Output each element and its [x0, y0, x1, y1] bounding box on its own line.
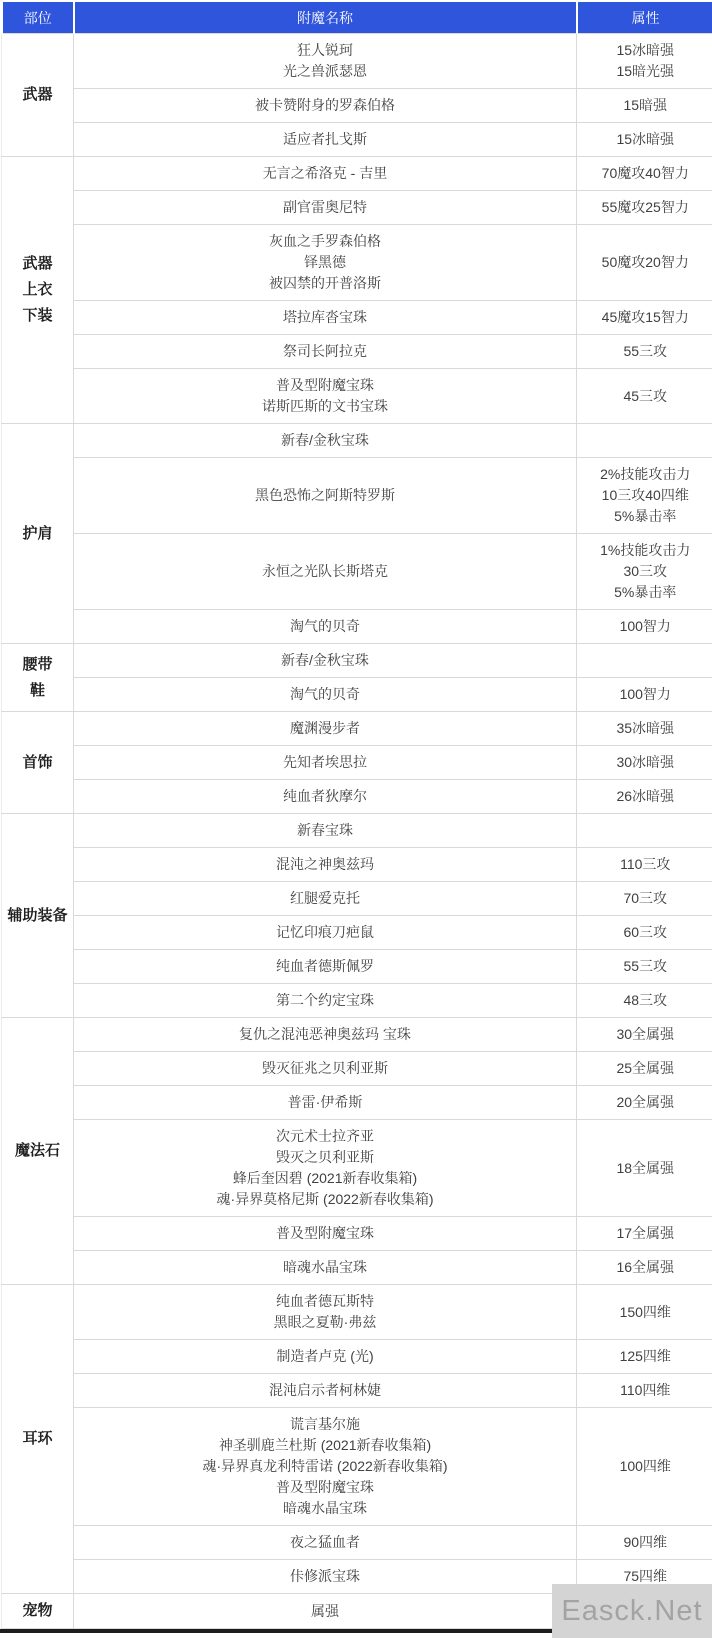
column-header-enchant-name: 附魔名称 — [74, 2, 577, 34]
part-cell: 魔法石 — [2, 1018, 74, 1285]
enchant-name-cell: 狂人锐珂 光之兽派瑟恩 — [74, 34, 577, 89]
table-row: 魔法石复仇之混沌恶神奥兹玛 宝珠30全属强 — [2, 1018, 712, 1052]
enchant-name-cell: 先知者埃思拉 — [74, 746, 577, 780]
table-row: 普雷·伊希斯20全属强 — [2, 1086, 712, 1120]
attribute-cell — [577, 424, 712, 458]
attribute-cell: 100智力 — [577, 678, 712, 712]
part-cell: 腰带 鞋 — [2, 644, 74, 712]
enchant-name-cell: 永恒之光队长斯塔克 — [74, 534, 577, 610]
table-row: 淘气的贝奇100智力 — [2, 610, 712, 644]
attribute-cell: 20全属强 — [577, 1086, 712, 1120]
table-row: 永恒之光队长斯塔克1%技能攻击力 30三攻 5%暴击率 — [2, 534, 712, 610]
watermark-badge: Easck.Net — [552, 1584, 712, 1638]
enchant-name-cell: 混沌之神奥兹玛 — [74, 848, 577, 882]
enchant-name-cell: 普雷·伊希斯 — [74, 1086, 577, 1120]
table-row: 纯血者狄摩尔26冰暗强 — [2, 780, 712, 814]
enchant-name-cell: 新春/金秋宝珠 — [74, 424, 577, 458]
attribute-cell: 55三攻 — [577, 950, 712, 984]
enchant-name-cell: 纯血者德瓦斯特 黑眼之夏勒·弗兹 — [74, 1285, 577, 1340]
attribute-cell: 90四维 — [577, 1526, 712, 1560]
enchant-name-cell: 第二个约定宝珠 — [74, 984, 577, 1018]
table-row: 适应者扎戈斯15冰暗强 — [2, 123, 712, 157]
attribute-cell: 45魔攻15智力 — [577, 301, 712, 335]
table-row: 祭司长阿拉克55三攻 — [2, 335, 712, 369]
table-row: 红腿爱克托70三攻 — [2, 882, 712, 916]
attribute-cell: 26冰暗强 — [577, 780, 712, 814]
attribute-cell: 100智力 — [577, 610, 712, 644]
enchant-name-cell: 次元术士拉齐亚 毁灭之贝利亚斯 蜂后奎因碧 (2021新春收集箱) 魂·异界莫格… — [74, 1120, 577, 1217]
part-cell: 耳环 — [2, 1285, 74, 1594]
table-row: 辅助装备新春宝珠 — [2, 814, 712, 848]
attribute-cell: 15冰暗强 — [577, 123, 712, 157]
column-header-part: 部位 — [2, 2, 74, 34]
part-cell: 武器 上衣 下装 — [2, 157, 74, 424]
table-row: 耳环纯血者德瓦斯特 黑眼之夏勒·弗兹150四维 — [2, 1285, 712, 1340]
table-body: 武器狂人锐珂 光之兽派瑟恩15冰暗强 15暗光强被卡赞附身的罗森伯格15暗强适应… — [2, 34, 712, 1629]
enchant-name-cell: 新春/金秋宝珠 — [74, 644, 577, 678]
table-row: 夜之猛血者90四维 — [2, 1526, 712, 1560]
table-row: 黑色恐怖之阿斯特罗斯2%技能攻击力 10三攻40四维 5%暴击率 — [2, 458, 712, 534]
enchant-name-cell: 普及型附魔宝珠 — [74, 1217, 577, 1251]
table-row: 谎言基尔施 神圣驯鹿兰杜斯 (2021新春收集箱) 魂·异界真龙利特雷诺 (20… — [2, 1408, 712, 1526]
enchant-table: 部位 附魔名称 属性 武器狂人锐珂 光之兽派瑟恩15冰暗强 15暗光强被卡赞附身… — [0, 2, 712, 1629]
header-row: 部位 附魔名称 属性 — [2, 2, 712, 34]
enchant-name-cell: 塔拉库沓宝珠 — [74, 301, 577, 335]
table-row: 淘气的贝奇100智力 — [2, 678, 712, 712]
enchant-guide-page: 部位 附魔名称 属性 武器狂人锐珂 光之兽派瑟恩15冰暗强 15暗光强被卡赞附身… — [0, 0, 712, 1638]
attribute-cell: 125四维 — [577, 1340, 712, 1374]
attribute-cell: 17全属强 — [577, 1217, 712, 1251]
enchant-name-cell: 属强 — [74, 1594, 577, 1629]
enchant-name-cell: 复仇之混沌恶神奥兹玛 宝珠 — [74, 1018, 577, 1052]
attribute-cell — [577, 644, 712, 678]
enchant-name-cell: 淘气的贝奇 — [74, 678, 577, 712]
table-row: 护肩新春/金秋宝珠 — [2, 424, 712, 458]
table-row: 被卡赞附身的罗森伯格15暗强 — [2, 89, 712, 123]
attribute-cell: 25全属强 — [577, 1052, 712, 1086]
table-row: 腰带 鞋新春/金秋宝珠 — [2, 644, 712, 678]
enchant-name-cell: 黑色恐怖之阿斯特罗斯 — [74, 458, 577, 534]
enchant-name-cell: 祭司长阿拉克 — [74, 335, 577, 369]
part-cell: 护肩 — [2, 424, 74, 644]
enchant-name-cell: 混沌启示者柯林婕 — [74, 1374, 577, 1408]
table-row: 首饰魔渊漫步者35冰暗强 — [2, 712, 712, 746]
table-row: 普及型附魔宝珠 诺斯匹斯的文书宝珠45三攻 — [2, 369, 712, 424]
attribute-cell: 55魔攻25智力 — [577, 191, 712, 225]
table-row: 先知者埃思拉30冰暗强 — [2, 746, 712, 780]
table-row: 毁灭征兆之贝利亚斯25全属强 — [2, 1052, 712, 1086]
attribute-cell: 70魔攻40智力 — [577, 157, 712, 191]
table-row: 武器 上衣 下装无言之希洛克 - 吉里70魔攻40智力 — [2, 157, 712, 191]
table-row: 制造者卢克 (光)125四维 — [2, 1340, 712, 1374]
attribute-cell: 16全属强 — [577, 1251, 712, 1285]
attribute-cell: 30全属强 — [577, 1018, 712, 1052]
table-row: 塔拉库沓宝珠45魔攻15智力 — [2, 301, 712, 335]
attribute-cell: 15冰暗强 15暗光强 — [577, 34, 712, 89]
enchant-name-cell: 副官雷奥尼特 — [74, 191, 577, 225]
enchant-name-cell: 魔渊漫步者 — [74, 712, 577, 746]
attribute-cell — [577, 814, 712, 848]
enchant-name-cell: 被卡赞附身的罗森伯格 — [74, 89, 577, 123]
attribute-cell: 2%技能攻击力 10三攻40四维 5%暴击率 — [577, 458, 712, 534]
enchant-name-cell: 毁灭征兆之贝利亚斯 — [74, 1052, 577, 1086]
watermark-text: Easck.Net — [561, 1595, 702, 1628]
part-cell: 武器 — [2, 34, 74, 157]
attribute-cell: 60三攻 — [577, 916, 712, 950]
enchant-name-cell: 新春宝珠 — [74, 814, 577, 848]
enchant-name-cell: 谎言基尔施 神圣驯鹿兰杜斯 (2021新春收集箱) 魂·异界真龙利特雷诺 (20… — [74, 1408, 577, 1526]
attribute-cell: 110四维 — [577, 1374, 712, 1408]
table-row: 纯血者德斯佩罗55三攻 — [2, 950, 712, 984]
attribute-cell: 45三攻 — [577, 369, 712, 424]
enchant-name-cell: 夜之猛血者 — [74, 1526, 577, 1560]
enchant-name-cell: 红腿爱克托 — [74, 882, 577, 916]
table-row: 混沌之神奥兹玛110三攻 — [2, 848, 712, 882]
attribute-cell: 35冰暗强 — [577, 712, 712, 746]
part-cell: 辅助装备 — [2, 814, 74, 1018]
attribute-cell: 15暗强 — [577, 89, 712, 123]
enchant-name-cell: 无言之希洛克 - 吉里 — [74, 157, 577, 191]
attribute-cell: 55三攻 — [577, 335, 712, 369]
enchant-name-cell: 淘气的贝奇 — [74, 610, 577, 644]
attribute-cell: 50魔攻20智力 — [577, 225, 712, 301]
table-row: 暗魂水晶宝珠16全属强 — [2, 1251, 712, 1285]
table-row: 普及型附魔宝珠17全属强 — [2, 1217, 712, 1251]
table-row: 混沌启示者柯林婕110四维 — [2, 1374, 712, 1408]
column-header-attribute: 属性 — [577, 2, 712, 34]
attribute-cell: 100四维 — [577, 1408, 712, 1526]
part-cell: 宠物 — [2, 1594, 74, 1629]
part-cell: 首饰 — [2, 712, 74, 814]
enchant-name-cell: 纯血者德斯佩罗 — [74, 950, 577, 984]
table-header: 部位 附魔名称 属性 — [2, 2, 712, 34]
attribute-cell: 110三攻 — [577, 848, 712, 882]
table-row: 武器狂人锐珂 光之兽派瑟恩15冰暗强 15暗光强 — [2, 34, 712, 89]
table-row: 副官雷奥尼特55魔攻25智力 — [2, 191, 712, 225]
enchant-name-cell: 纯血者狄摩尔 — [74, 780, 577, 814]
enchant-name-cell: 制造者卢克 (光) — [74, 1340, 577, 1374]
attribute-cell: 18全属强 — [577, 1120, 712, 1217]
table-row: 次元术士拉齐亚 毁灭之贝利亚斯 蜂后奎因碧 (2021新春收集箱) 魂·异界莫格… — [2, 1120, 712, 1217]
table-row: 灰血之手罗森伯格 铎黑德 被囚禁的开普洛斯50魔攻20智力 — [2, 225, 712, 301]
table-row: 记忆印痕刀疤鼠60三攻 — [2, 916, 712, 950]
enchant-name-cell: 记忆印痕刀疤鼠 — [74, 916, 577, 950]
enchant-name-cell: 佧修派宝珠 — [74, 1560, 577, 1594]
table-row: 第二个约定宝珠48三攻 — [2, 984, 712, 1018]
attribute-cell: 70三攻 — [577, 882, 712, 916]
attribute-cell: 30冰暗强 — [577, 746, 712, 780]
attribute-cell: 150四维 — [577, 1285, 712, 1340]
enchant-name-cell: 灰血之手罗森伯格 铎黑德 被囚禁的开普洛斯 — [74, 225, 577, 301]
enchant-name-cell: 暗魂水晶宝珠 — [74, 1251, 577, 1285]
enchant-name-cell: 适应者扎戈斯 — [74, 123, 577, 157]
attribute-cell: 1%技能攻击力 30三攻 5%暴击率 — [577, 534, 712, 610]
enchant-name-cell: 普及型附魔宝珠 诺斯匹斯的文书宝珠 — [74, 369, 577, 424]
attribute-cell: 48三攻 — [577, 984, 712, 1018]
